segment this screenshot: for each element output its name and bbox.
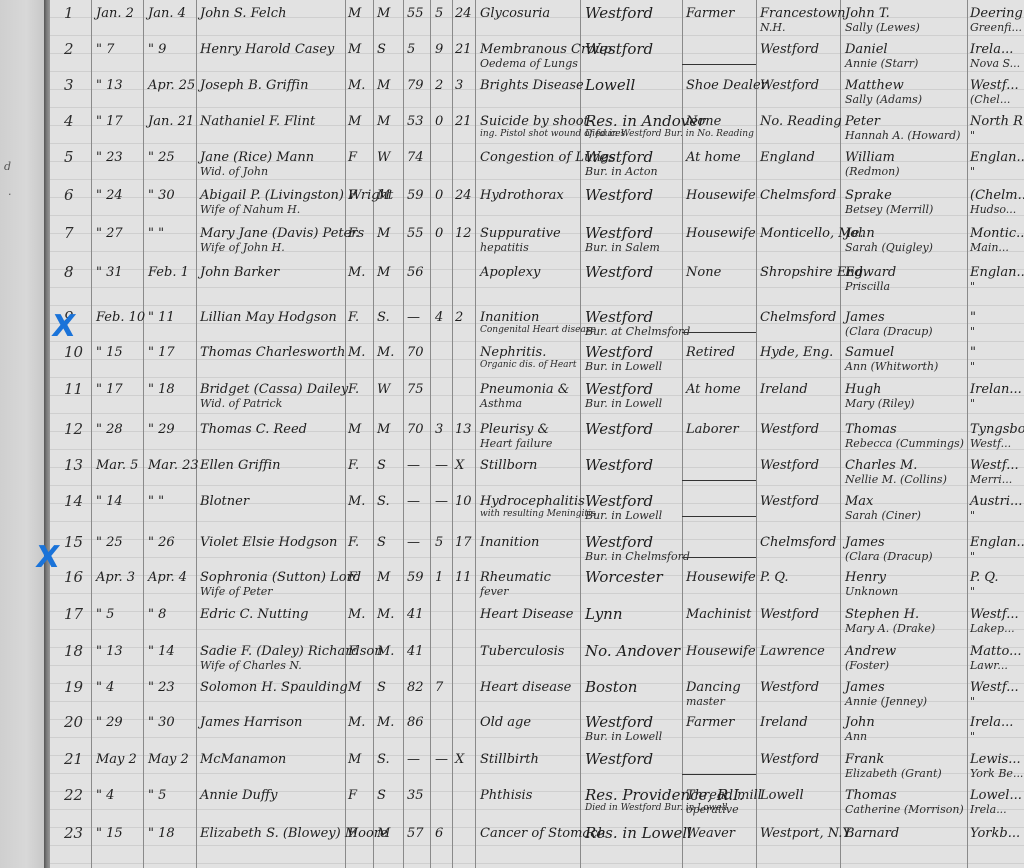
parents-birthplace-text: Matto... (970, 644, 1022, 659)
condition: S (377, 680, 386, 695)
age-years: 41 (407, 607, 424, 622)
decedent-name-subtext: Wife of John H. (200, 241, 364, 254)
table-row: 14" 14" "BlotnerM.S.——10Hydrocephalitisw… (50, 494, 1024, 530)
birthplace: Lowell (760, 788, 804, 803)
decedent-name-text: Mary Jane (Davis) Peters (200, 226, 364, 241)
date-of-record-text: May 2 (148, 752, 189, 767)
age-months: 5 (435, 535, 443, 550)
date-of-death: " 7 (96, 42, 114, 57)
date-of-death-text: " 7 (96, 42, 114, 57)
age-days: 10 (455, 494, 472, 509)
condition: S (377, 535, 386, 550)
birthplace: Westport, N.Y. (760, 826, 853, 841)
cause-of-death-text: Suppurative (480, 226, 561, 241)
date-of-record-text: " 14 (148, 644, 175, 659)
sex-text: F (348, 188, 357, 203)
decedent-name: McManamon (200, 752, 286, 767)
occupation: Dancingmaster (686, 680, 741, 708)
entry-number-text: 12 (64, 420, 83, 438)
parents-birthplace: Westf..." (970, 680, 1019, 708)
age-years-text: — (407, 535, 420, 550)
date-of-death-text: " 31 (96, 265, 123, 280)
father-name-subtext: Sarah (Ciner) (845, 509, 921, 522)
place-of-death: Westford (585, 6, 653, 21)
age-years-text: — (407, 310, 420, 325)
occupation: Farmer (686, 715, 734, 730)
age-years: 75 (407, 382, 424, 397)
register-page: 1Jan. 2Jan. 4John S. FelchMM55524Glycosu… (50, 0, 1024, 868)
decedent-name-text: Lillian May Hodgson (200, 310, 337, 325)
date-of-record-text: " 29 (148, 422, 175, 437)
entry-number: 16 (64, 570, 83, 585)
date-of-death: " 13 (96, 644, 123, 659)
father-name-subtext: Ann (845, 730, 875, 743)
occupation: Housewife (686, 644, 756, 659)
age-years: — (407, 310, 420, 325)
date-of-death: Jan. 2 (96, 6, 134, 21)
date-of-record: " 23 (148, 680, 175, 695)
father-name-text: James (845, 680, 885, 695)
date-of-death: " 29 (96, 715, 123, 730)
birthplace-text: Hyde, Eng. (760, 345, 833, 360)
age-months: 0 (435, 114, 443, 129)
decedent-name-subtext: Wife of Peter (200, 585, 361, 598)
father-name-text: Frank (845, 752, 884, 767)
parents-birthplace-text: Lowel... (970, 788, 1022, 803)
place-of-death: WestfordBur. in Salem (585, 226, 660, 254)
place-of-death-text: Westford (585, 380, 653, 398)
age-days-text: 10 (455, 494, 472, 509)
birthplace: Ireland (760, 715, 808, 730)
age-days: 21 (455, 114, 472, 129)
cause-of-death: Suppurativehepatitis (480, 226, 561, 254)
date-of-death: " 14 (96, 494, 123, 509)
decedent-name: John S. Felch (200, 6, 286, 21)
sex: F. (348, 458, 359, 473)
table-row: 10" 15" 17Thomas CharlesworthM.M.70Nephr… (50, 345, 1024, 381)
parents-birthplace: Irela..." (970, 715, 1013, 743)
sex-text: F. (348, 458, 359, 473)
occupation: Housewife (686, 226, 756, 241)
cause-of-death-text: Hydrothorax (480, 188, 564, 203)
birthplace-text: Ireland (760, 382, 808, 397)
age-months-text: 5 (435, 6, 443, 21)
date-of-death: Mar. 5 (96, 458, 138, 473)
date-of-death-text: Apr. 3 (96, 570, 135, 585)
age-years: 53 (407, 114, 424, 129)
sex: F (348, 826, 357, 841)
parents-birthplace-subtext: " (970, 129, 1024, 142)
sex-text: M. (348, 607, 365, 622)
condition-text: S. (377, 494, 390, 509)
age-months-text: 1 (435, 570, 443, 585)
decedent-name: Abigail P. (Livingston) WrightWife of Na… (200, 188, 393, 216)
sex: M. (348, 78, 365, 93)
father-name-text: John (845, 715, 875, 730)
age-years-text: 70 (407, 422, 424, 437)
place-of-death-text: Westford (585, 224, 653, 242)
age-years-text: 79 (407, 78, 424, 93)
father-name-subtext: (Redmon) (845, 165, 900, 178)
age-days-text: X (455, 752, 464, 767)
table-row: 8" 31Feb. 1John BarkerM.M56ApoplexyWestf… (50, 265, 1024, 301)
father-name-subtext: Mary A. (Drake) (845, 622, 935, 635)
place-of-death: WestfordBur. in Lowell (585, 345, 662, 373)
sex: F (348, 788, 357, 803)
age-years: 86 (407, 715, 424, 730)
decedent-name-text: Elizabeth S. (Blowey) Moore (200, 826, 388, 841)
parents-birthplace-text: Englan... (970, 265, 1024, 280)
age-days-text: 11 (455, 570, 472, 585)
sex-text: M (348, 422, 361, 437)
cause-of-death: Apoplexy (480, 265, 540, 280)
age-months-text: 2 (435, 78, 443, 93)
date-of-record: " 9 (148, 42, 166, 57)
condition-text: S. (377, 310, 390, 325)
table-row: 5" 23" 25Jane (Rice) MannWid. of JohnFW7… (50, 150, 1024, 186)
date-of-death: Feb. 10 (96, 310, 145, 325)
parents-birthplace-subtext: Greenfi... (970, 21, 1023, 34)
date-of-record: " 5 (148, 788, 166, 803)
date-of-record-text: Feb. 1 (148, 265, 189, 280)
father-name: PeterHannah A. (Howard) (845, 114, 960, 142)
date-of-death: " 17 (96, 114, 123, 129)
father-name: JohnSarah (Quigley) (845, 226, 933, 254)
birthplace: England (760, 150, 815, 165)
decedent-name-text: Nathaniel F. Flint (200, 114, 315, 129)
parents-birthplace: Englan..." (970, 535, 1024, 563)
occupation: Machinist (686, 607, 751, 622)
age-months: 9 (435, 42, 443, 57)
father-name: SamuelAnn (Whitworth) (845, 345, 938, 373)
entry-number-text: 8 (64, 263, 74, 281)
date-of-death-text: Jan. 2 (96, 6, 134, 21)
place-of-death-text: Worcester (585, 568, 663, 586)
cause-of-death-text: Inanition (480, 535, 539, 550)
table-row: 16Apr. 3Apr. 4Sophronia (Sutton) LordWif… (50, 570, 1024, 606)
decedent-name-text: Joseph B. Griffin (200, 78, 309, 93)
cause-of-death: InanitionCongenital Heart disease (480, 310, 596, 335)
place-of-death-text: Westford (585, 343, 653, 361)
occupation: At home (686, 150, 741, 165)
father-name-subtext: (Foster) (845, 659, 896, 672)
sex-text: F. (348, 535, 359, 550)
father-name: HughMary (Riley) (845, 382, 914, 410)
date-of-death: " 28 (96, 422, 123, 437)
age-days-text: 2 (455, 310, 463, 325)
date-of-record: " 14 (148, 644, 175, 659)
parents-birthplace-subtext: York Be... (970, 767, 1023, 780)
date-of-death-text: May 2 (96, 752, 137, 767)
sex: M (348, 42, 361, 57)
date-of-record: " 17 (148, 345, 175, 360)
father-name: ThomasCatherine (Morrison) (845, 788, 964, 816)
occupation: Weaver (686, 826, 735, 841)
entry-number: 17 (64, 607, 83, 622)
table-row: 15" 25" 26Violet Elsie HodgsonF.S—517Ina… (50, 535, 1024, 571)
date-of-record: " 18 (148, 382, 175, 397)
date-of-death: " 23 (96, 150, 123, 165)
place-of-death: Westford (585, 752, 653, 767)
sex: M. (348, 265, 365, 280)
age-years-text: 59 (407, 188, 424, 203)
parents-birthplace-subtext: Lawr... (970, 659, 1022, 672)
sex-text: M. (348, 78, 365, 93)
date-of-record-text: " " (148, 494, 164, 509)
sex: M (348, 752, 361, 767)
age-months: 4 (435, 310, 443, 325)
age-years: 5 (407, 42, 415, 57)
father-name: Andrew(Foster) (845, 644, 896, 672)
cause-of-death: Rheumaticfever (480, 570, 551, 598)
father-name-subtext: Nellie M. (Collins) (845, 473, 947, 486)
cause-of-death: Nephritis.Organic dis. of Heart (480, 345, 576, 370)
parents-birthplace: Montic...Main... (970, 226, 1024, 254)
sex-text: F (348, 788, 357, 803)
condition: M (377, 78, 390, 93)
cause-of-death: Stillbirth (480, 752, 539, 767)
entry-number: 14 (64, 494, 83, 509)
place-of-death-text: Westford (585, 263, 653, 281)
place-of-death-subtext: Bur. in Lowell (585, 360, 662, 373)
occupation-text: At home (686, 382, 741, 397)
age-days-text: 21 (455, 42, 472, 57)
cause-of-death-text: Rheumatic (480, 570, 551, 585)
parents-birthplace-subtext: Main... (970, 241, 1024, 254)
parents-birthplace: Irela...Nova S... (970, 42, 1020, 70)
decedent-name-text: Henry Harold Casey (200, 42, 334, 57)
entry-number-text: 21 (64, 750, 83, 768)
age-days: 12 (455, 226, 472, 241)
birthplace-text: Westford (760, 78, 819, 93)
age-months: — (435, 752, 448, 767)
date-of-death-text: " 24 (96, 188, 123, 203)
birthplace-text: Westford (760, 458, 819, 473)
cause-of-death: Brights Disease (480, 78, 584, 93)
cause-of-death: Heart Disease (480, 607, 573, 622)
age-days-text: 21 (455, 114, 472, 129)
age-days: 13 (455, 422, 472, 437)
cause-of-death: Pneumonia &Asthma (480, 382, 569, 410)
condition-text: S. (377, 752, 390, 767)
blank-occupation-rule (682, 480, 756, 481)
sex: F (348, 188, 357, 203)
date-of-death-text: " 17 (96, 382, 123, 397)
age-years-text: 56 (407, 265, 424, 280)
age-years-text: — (407, 494, 420, 509)
age-months-text: 4 (435, 310, 443, 325)
sex-text: F. (348, 226, 359, 241)
date-of-record: " 11 (148, 310, 175, 325)
decedent-name-subtext: Wid. of Patrick (200, 397, 348, 410)
sex-text: M (348, 752, 361, 767)
cause-of-death-text: Suicide by shoot- (480, 114, 593, 129)
father-name-subtext: Priscilla (845, 280, 896, 293)
entry-number: 22 (64, 788, 83, 803)
age-years: 59 (407, 188, 424, 203)
birthplace-text: Lowell (760, 788, 804, 803)
sex-text: F. (348, 310, 359, 325)
cause-of-death-subtext: Congenital Heart disease (480, 325, 596, 335)
cause-of-death: Pleurisy &Heart failure (480, 422, 552, 450)
table-row: 2" 7" 9Henry Harold CaseyMS5921Membranou… (50, 42, 1024, 78)
condition-text: M. (377, 607, 394, 622)
entry-number-text: 7 (64, 224, 74, 242)
sex: F. (348, 535, 359, 550)
sex-text: F. (348, 644, 359, 659)
place-of-death-text: Lowell (585, 76, 635, 94)
age-days-text: 13 (455, 422, 472, 437)
date-of-record: " 8 (148, 607, 166, 622)
occupation: None (686, 114, 721, 129)
condition: M. (377, 345, 394, 360)
entry-number: 18 (64, 644, 83, 659)
cause-of-death: Stillborn (480, 458, 537, 473)
place-of-death: Westford (585, 458, 653, 473)
age-years: 56 (407, 265, 424, 280)
date-of-record: Feb. 1 (148, 265, 189, 280)
decedent-name-text: Blotner (200, 494, 249, 509)
condition: M (377, 265, 390, 280)
date-of-death-text: " 17 (96, 114, 123, 129)
parents-birthplace-subtext: " (970, 325, 976, 338)
entry-number-text: 3 (64, 76, 74, 94)
blank-occupation-rule (682, 557, 756, 558)
age-days: 17 (455, 535, 472, 550)
age-years-text: 35 (407, 788, 424, 803)
sex-text: M. (348, 715, 365, 730)
parents-birthplace-subtext: " (970, 360, 976, 373)
condition: S (377, 458, 386, 473)
cause-of-death-text: Pneumonia & (480, 382, 569, 397)
date-of-record-text: " 18 (148, 382, 175, 397)
parents-birthplace-subtext: Merri... (970, 473, 1019, 486)
parents-birthplace-subtext: Westf... (970, 437, 1024, 450)
father-name: HenryUnknown (845, 570, 898, 598)
age-days: 3 (455, 78, 463, 93)
father-name-subtext: Sally (Lewes) (845, 21, 920, 34)
entry-number: 4 (64, 114, 74, 129)
place-of-death: WestfordBur. in Chelmsford (585, 535, 690, 563)
place-of-death: Worcester (585, 570, 663, 585)
father-name-text: Sprake (845, 188, 892, 203)
decedent-name: Bridget (Cassa) DaileyWid. of Patrick (200, 382, 348, 410)
parents-birthplace-subtext: " (970, 280, 1024, 293)
condition: M (377, 570, 390, 585)
condition-text: M. (377, 715, 394, 730)
age-days: X (455, 458, 464, 473)
condition: M (377, 6, 390, 21)
date-of-death-text: " 5 (96, 607, 114, 622)
father-name-text: Thomas (845, 422, 897, 437)
date-of-record-text: Apr. 25 (148, 78, 195, 93)
decedent-name: Thomas C. Reed (200, 422, 307, 437)
parents-birthplace: "" (970, 310, 976, 338)
date-of-death: " 31 (96, 265, 123, 280)
age-years: 59 (407, 570, 424, 585)
parents-birthplace-text: " (970, 310, 976, 325)
place-of-death: Westford (585, 42, 653, 57)
place-of-death-text: Westford (585, 186, 653, 204)
place-of-death-text: Westford (585, 713, 653, 731)
table-row: 18" 13" 14Sadie F. (Daley) RichardsonWif… (50, 644, 1024, 680)
father-name: FrankElizabeth (Grant) (845, 752, 942, 780)
father-name-text: Hugh (845, 382, 881, 397)
age-years: — (407, 494, 420, 509)
father-name: ThomasRebecca (Cummings) (845, 422, 964, 450)
father-name: Stephen H.Mary A. (Drake) (845, 607, 935, 635)
birthplace-text: Chelmsford (760, 535, 836, 550)
father-name-text: Charles M. (845, 458, 917, 473)
parents-birthplace-subtext: " (970, 397, 1022, 410)
cause-of-death-text: Apoplexy (480, 265, 540, 280)
entry-number-text: 14 (64, 492, 83, 510)
parents-birthplace-subtext: " (970, 509, 1022, 522)
age-years-text: 70 (407, 345, 424, 360)
date-of-death-text: " 15 (96, 345, 123, 360)
place-of-death-subtext: Bur. in Chelmsford (585, 550, 690, 563)
sex-text: M (348, 42, 361, 57)
entry-number-text: 4 (64, 112, 74, 130)
place-of-death: Westford (585, 422, 653, 437)
condition-text: M (377, 570, 390, 585)
parents-birthplace-text: " (970, 345, 976, 360)
father-name-text: Barnard (845, 826, 899, 841)
father-name-text: John T. (845, 6, 890, 21)
occupation-text: Farmer (686, 715, 734, 730)
date-of-record-text: Mar. 23 (148, 458, 199, 473)
age-months: — (435, 494, 448, 509)
birthplace-text: Westford (760, 607, 819, 622)
age-days-text: 12 (455, 226, 472, 241)
parents-birthplace-text: Lewis... (970, 752, 1021, 767)
age-months-text: 0 (435, 114, 443, 129)
father-name-subtext: Mary (Riley) (845, 397, 914, 410)
decedent-name-text: James Harrison (200, 715, 302, 730)
date-of-record-text: " 25 (148, 150, 175, 165)
decedent-name: Elizabeth S. (Blowey) Moore (200, 826, 388, 841)
age-years: 55 (407, 226, 424, 241)
decedent-name: James Harrison (200, 715, 302, 730)
parents-birthplace-subtext: " (970, 730, 1013, 743)
entry-number: 12 (64, 422, 83, 437)
parents-birthplace-text: North R... (970, 114, 1024, 129)
date-of-record: Jan. 21 (148, 114, 194, 129)
place-of-death-subtext: Bur. in Lowell (585, 397, 662, 410)
age-years-text: 57 (407, 826, 424, 841)
condition: M. (377, 715, 394, 730)
parents-birthplace-subtext: Nova S... (970, 57, 1020, 70)
place-of-death: Lynn (585, 607, 623, 622)
entry-number: 15 (64, 535, 83, 550)
entry-number: 13 (64, 458, 83, 473)
sex-text: F (348, 150, 357, 165)
age-years-text: 41 (407, 644, 424, 659)
age-years-text: 55 (407, 6, 424, 21)
place-of-death-text: Westford (585, 533, 653, 551)
cause-of-death-text: Tuberculosis (480, 644, 564, 659)
birthplace: Westford (760, 680, 819, 695)
date-of-death-text: " 14 (96, 494, 123, 509)
place-of-death: Boston (585, 680, 637, 695)
date-of-death: " 27 (96, 226, 123, 241)
decedent-name-subtext: Wife of Nahum H. (200, 203, 393, 216)
date-of-death: " 17 (96, 382, 123, 397)
date-of-record-text: " 18 (148, 826, 175, 841)
birthplace: No. Reading (760, 114, 842, 129)
parents-birthplace-text: Yorkb... (970, 826, 1020, 841)
table-row: 19" 4" 23Solomon H. SpauldingMS827Heart … (50, 680, 1024, 716)
